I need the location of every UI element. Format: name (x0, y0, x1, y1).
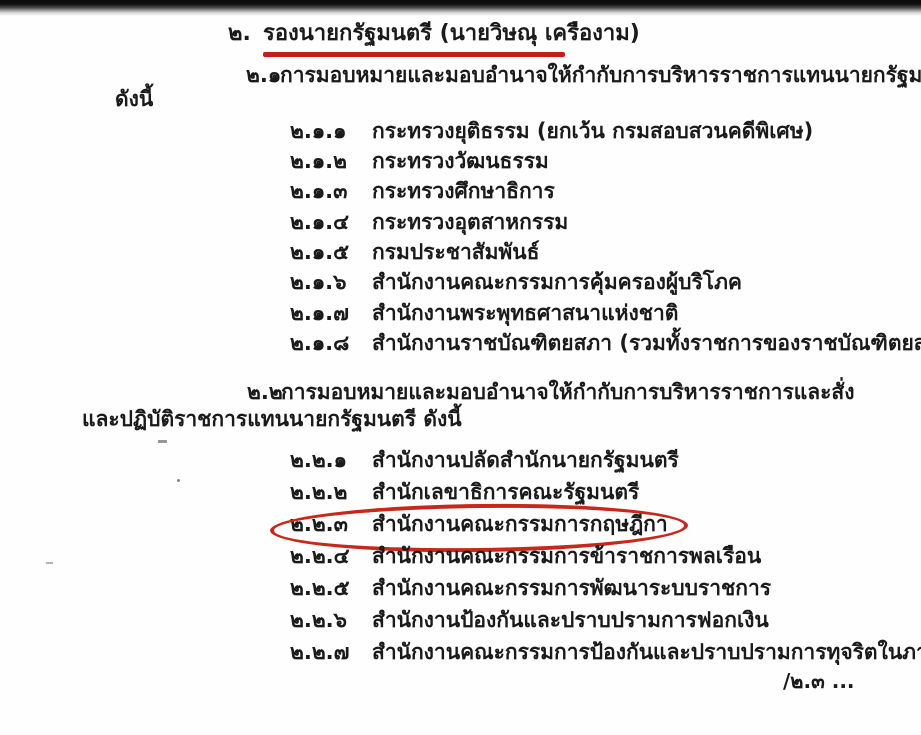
item-text: สำนักงานปลัดสำนักนายกรัฐมนตรี (372, 444, 679, 477)
scan-edge-shadow (0, 0, 921, 16)
item-number: ๒.๒.๕ (290, 572, 372, 605)
section-2-2-text-continuation: และปฏิบัติราชการแทนนายกรัฐมนตรี ดังนี้ (82, 406, 462, 432)
section-2-2-number: ๒.๒ (247, 379, 281, 405)
section-2-1-list: ๒.๑.๑ กระทรวงยุติธรรม (ยกเว้น กรมสอบสวนค… (290, 116, 921, 359)
item-text: สำนักงานป้องกันและปราบปรามการฟอกเงิน (372, 604, 769, 637)
item-text: สำนักงานคณะกรรมการข้าราชการพลเรือน (372, 540, 761, 573)
item-text: สำนักงานคณะกรรมการพัฒนาระบบราชการ (372, 572, 771, 605)
section-2-1-text: การมอบหมายและมอบอำนาจให้กำกับการบริหารรา… (280, 62, 921, 88)
item-number: ๒.๑.๖ (290, 266, 372, 299)
item-text: สำนักงานคณะกรรมการป้องกันและปราบปรามการท… (372, 636, 921, 669)
section-2-1-text-continuation: ดังนี้ (115, 86, 153, 112)
document-heading: ๒. รองนายกรัฐมนตรี (นายวิษณุ เครืองาม) (228, 21, 640, 47)
item-number: ๒.๒.๔ (290, 540, 372, 573)
heading-title: รองนายกรัฐมนตรี (นายวิษณุ เครืองาม) (263, 21, 640, 47)
list-item: ๒.๑.๖ สำนักงานคณะกรรมการคุ้มครองผู้บริโภ… (290, 268, 921, 298)
item-number: ๒.๑.๘ (290, 327, 372, 360)
list-item: ๒.๑.๕ กรมประชาสัมพันธ์ (290, 237, 921, 267)
item-number: ๒.๒.๑ (290, 444, 372, 477)
item-text: สำนักงานพระพุทธศาสนาแห่งชาติ (372, 297, 678, 330)
list-item: ๒.๑.๒ กระทรวงวัฒนธรรม (290, 146, 921, 176)
item-text: กระทรวงวัฒนธรรม (372, 145, 549, 178)
list-item: ๒.๒.๗ สำนักงานคณะกรรมการป้องกันและปราบปร… (290, 636, 921, 668)
list-item: ๒.๑.๘ สำนักงานราชบัณฑิตยสภา (รวมทั้งราชก… (290, 329, 921, 359)
item-number: ๒.๑.๕ (290, 236, 372, 269)
scan-artifact (177, 479, 180, 482)
scanned-document-page: ๒. รองนายกรัฐมนตรี (นายวิษณุ เครืองาม) ๒… (0, 0, 921, 735)
item-number: ๒.๒.๓ (290, 508, 372, 541)
item-text: กรมประชาสัมพันธ์ (372, 236, 539, 269)
section-2-2-text: การมอบหมายและมอบอำนาจให้กำกับการบริหารรา… (281, 379, 855, 405)
item-number: ๒.๑.๗ (290, 297, 372, 330)
scan-artifact (158, 440, 167, 443)
item-number: ๒.๑.๔ (290, 206, 372, 239)
list-item: ๒.๒.๒ สำนักเลขาธิการคณะรัฐมนตรี (290, 476, 921, 508)
item-text: กระทรวงยุติธรรม (ยกเว้น กรมสอบสวนคดีพิเศ… (372, 115, 813, 148)
item-number: ๒.๒.๖ (290, 604, 372, 637)
item-text: กระทรวงศึกษาธิการ (372, 175, 555, 208)
scan-artifact (46, 562, 53, 564)
list-item: ๒.๑.๑ กระทรวงยุติธรรม (ยกเว้น กรมสอบสวนค… (290, 116, 921, 146)
item-text: สำนักงานราชบัณฑิตยสภา (รวมทั้งราชการของร… (372, 327, 921, 360)
item-text: สำนักงานคณะกรรมการคุ้มครองผู้บริโภค (372, 266, 742, 299)
item-number: ๒.๑.๓ (290, 175, 372, 208)
list-item: ๒.๒.๑ สำนักงานปลัดสำนักนายกรัฐมนตรี (290, 444, 921, 476)
item-number: ๒.๑.๑ (290, 115, 372, 148)
list-item: ๒.๑.๗ สำนักงานพระพุทธศาสนาแห่งชาติ (290, 298, 921, 328)
next-page-marker: /๒.๓ ... (783, 668, 855, 694)
list-item: ๒.๑.๔ กระทรวงอุตสาหกรรม (290, 207, 921, 237)
red-underline-annotation (263, 52, 565, 57)
section-2-1-heading: ๒.๑ การมอบหมายและมอบอำนาจให้กำกับการบริห… (246, 62, 921, 88)
list-item: ๒.๒.๓ สำนักงานคณะกรรมการกฤษฎีกา (290, 508, 921, 540)
item-number: ๒.๑.๒ (290, 145, 372, 178)
item-text: สำนักเลขาธิการคณะรัฐมนตรี (372, 476, 639, 509)
section-2-2-heading: ๒.๒ การมอบหมายและมอบอำนาจให้กำกับการบริห… (247, 379, 855, 405)
list-item: ๒.๒.๕ สำนักงานคณะกรรมการพัฒนาระบบราชการ (290, 572, 921, 604)
section-2-2-list: ๒.๒.๑ สำนักงานปลัดสำนักนายกรัฐมนตรี ๒.๒.… (290, 444, 921, 668)
item-text: สำนักงานคณะกรรมการกฤษฎีกา (372, 508, 668, 541)
list-item: ๒.๒.๖ สำนักงานป้องกันและปราบปรามการฟอกเง… (290, 604, 921, 636)
item-number: ๒.๒.๗ (290, 636, 372, 669)
list-item: ๒.๑.๓ กระทรวงศึกษาธิการ (290, 177, 921, 207)
item-number: ๒.๒.๒ (290, 476, 372, 509)
item-text: กระทรวงอุตสาหกรรม (372, 206, 568, 239)
heading-number: ๒. (228, 21, 263, 47)
list-item: ๒.๒.๔ สำนักงานคณะกรรมการข้าราชการพลเรือน (290, 540, 921, 572)
section-2-1-number: ๒.๑ (246, 62, 280, 88)
